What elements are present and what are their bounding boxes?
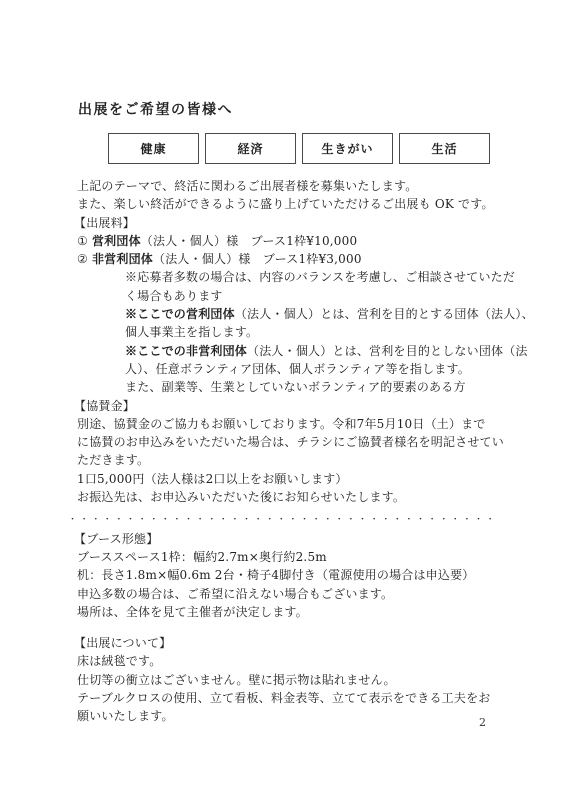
text-segment: 人）、任意ボランティア団体、個人ボランティア等を指します。 [125, 362, 470, 376]
page-title: 出展をご希望の皆様へ [78, 99, 233, 119]
sponsorship-transfer: お振込先は、お申込みいただいた後にお知らせいたします。 [77, 488, 497, 506]
heading-booth-format: 【ブース形態】 [74, 530, 497, 548]
text-segment: テーブルクロスの使用、立て看板、料金表等、立てて表示をできる工夫をお [77, 691, 490, 705]
text-segment: （法人・個人）とは、営利を目的としない団体（法 [247, 344, 528, 358]
text-segment: 申込多数の場合は、ご希望に沿えない場合もございます。 [77, 587, 393, 601]
text-segment: 1口5,000円（法人様は2口以上をお願いします） [77, 472, 348, 486]
text-segment: ② [77, 252, 92, 266]
text-segment: く場合もあります [125, 289, 223, 303]
fee-note-nonprofit-3: また、副業等、生業としていないボランティア的要素のある方 [77, 378, 497, 396]
bold-text-segment: 営利団体 [92, 234, 141, 248]
booth-demand: 申込多数の場合は、ご希望に沿えない場合もございます。 [77, 585, 497, 603]
text-segment: 個人事業主を指します。 [125, 325, 258, 339]
booth-space: ブーススペース1枠：幅約2.7m×奥行約2.5m [77, 548, 497, 566]
bold-text-segment: ※ここでの非営利団体 [125, 344, 247, 358]
about-partition: 仕切等の衝立はございません。壁に掲示物は貼れません。 [77, 671, 497, 689]
text-segment: ブーススペース1枠：幅約2.7m×奥行約2.5m [77, 550, 327, 564]
heading-exhibit-fee: 【出展料】 [74, 214, 497, 232]
heading-about-exhibit: 【出展について】 [74, 634, 497, 652]
text-segment: 机：長さ1.8m×幅0.6m 2台・椅子4脚付き（電源使用の場合は申込要） [77, 568, 474, 582]
text-segment: 場所は、全体を見て主催者が決定します。 [77, 605, 308, 619]
fee-note-nonprofit-2: 人）、任意ボランティア団体、個人ボランティア等を指します。 [77, 360, 497, 378]
booth-desk: 机：長さ1.8m×幅0.6m 2台・椅子4脚付き（電源使用の場合は申込要） [77, 566, 497, 584]
fee-item-1: ① 営利団体（法人・個人）様 ブース1枠¥10,000 [77, 232, 497, 250]
bold-text-segment: ※ここでの営利団体 [125, 307, 235, 321]
fee-note-profit-2: 個人事業主を指します。 [77, 323, 497, 341]
sponsorship-line-2: に協賛のお申込みをいただいた場合は、チラシにご協賛者様名を明記させてい [77, 433, 497, 451]
theme-box: 生活 [399, 133, 490, 164]
theme-box: 健康 [108, 133, 199, 164]
text-segment: に協賛のお申込みをいただいた場合は、チラシにご協賛者様名を明記させてい [77, 435, 504, 449]
theme-boxes: 健康経済生きがい生活 [108, 133, 490, 164]
text-segment: 上記のテーマで、終活に関わるご出展者様を募集いたします。 [77, 179, 417, 193]
theme-box: 生きがい [302, 133, 393, 164]
document-page: 出展をご希望の皆様へ 健康経済生きがい生活 上記のテーマで、終活に関わるご出展者… [0, 0, 566, 800]
theme-box: 経済 [205, 133, 296, 164]
about-display-1: テーブルクロスの使用、立て看板、料金表等、立てて表示をできる工夫をお [77, 689, 497, 707]
text-segment: 別途、協賛金のご協力もお願いしております。令和7年5月10日（土）まで [77, 417, 486, 431]
sponsorship-price: 1口5,000円（法人様は2口以上をお願いします） [77, 470, 497, 488]
about-floor: 床は絨毯です。 [77, 652, 497, 670]
dotted-separator: ・・・・・・・・・・・・・・・・・・・・・・・・・・・・・・・・・・・・・・・ [68, 511, 497, 529]
text-segment: ※応募者多数の場合は、内容のバランスを考慮し、ご相談させていただ [125, 270, 515, 284]
text-segment: 【出展料】 [74, 216, 135, 230]
sponsorship-line-3: ただきます。 [77, 451, 497, 469]
fee-note-nonprofit-1: ※ここでの非営利団体（法人・個人）とは、営利を目的としない団体（法 [77, 342, 497, 360]
booth-location: 場所は、全体を見て主催者が決定します。 [77, 603, 497, 621]
fee-note-profit-1: ※ここでの営利団体（法人・個人）とは、営利を目的とする団体（法人）、 [77, 305, 497, 323]
intro-line-2: また、楽しい終活ができるように盛り上げていただけるご出展も OK です。 [77, 195, 497, 213]
sponsorship-line-1: 別途、協賛金のご協力もお願いしております。令和7年5月10日（土）まで [77, 415, 497, 433]
text-segment: 【協賛金】 [74, 399, 135, 413]
fee-note-applicants-1: ※応募者多数の場合は、内容のバランスを考慮し、ご相談させていただ [77, 268, 497, 286]
text-segment: ① [77, 234, 92, 248]
text-segment: 【出展について】 [74, 636, 171, 650]
document-body: 上記のテーマで、終活に関わるご出展者様を募集いたします。また、楽しい終活ができる… [77, 177, 497, 726]
text-segment: また、楽しい終活ができるように盛り上げていただけるご出展も OK です。 [77, 197, 494, 211]
bold-text-segment: 非営利団体 [92, 252, 153, 266]
text-segment: 願いいたします。 [77, 709, 174, 723]
text-segment: 床は絨毯です。 [77, 654, 161, 668]
text-segment: （法人・個人）様 ブース1枠¥10,000 [141, 234, 358, 248]
text-segment: （法人・個人）とは、営利を目的とする団体（法人）、 [235, 307, 534, 321]
heading-sponsorship: 【協賛金】 [74, 397, 497, 415]
text-segment: 仕切等の衝立はございません。壁に掲示物は貼れません。 [77, 673, 396, 687]
text-segment: また、副業等、生業としていないボランティア的要素のある方 [125, 380, 466, 394]
intro-line-1: 上記のテーマで、終活に関わるご出展者様を募集いたします。 [77, 177, 497, 195]
text-segment: お振込先は、お申込みいただいた後にお知らせいたします。 [77, 490, 405, 504]
text-segment: ただきます。 [77, 453, 149, 467]
fee-note-applicants-2: く場合もあります [77, 287, 497, 305]
text-segment: （法人・個人）様 ブース1枠¥3,000 [153, 252, 362, 266]
page-number: 2 [479, 716, 486, 729]
about-display-2: 願いいたします。 [77, 707, 497, 725]
fee-item-2: ② 非営利団体（法人・個人）様 ブース1枠¥3,000 [77, 250, 497, 268]
text-segment: 【ブース形態】 [74, 532, 158, 546]
